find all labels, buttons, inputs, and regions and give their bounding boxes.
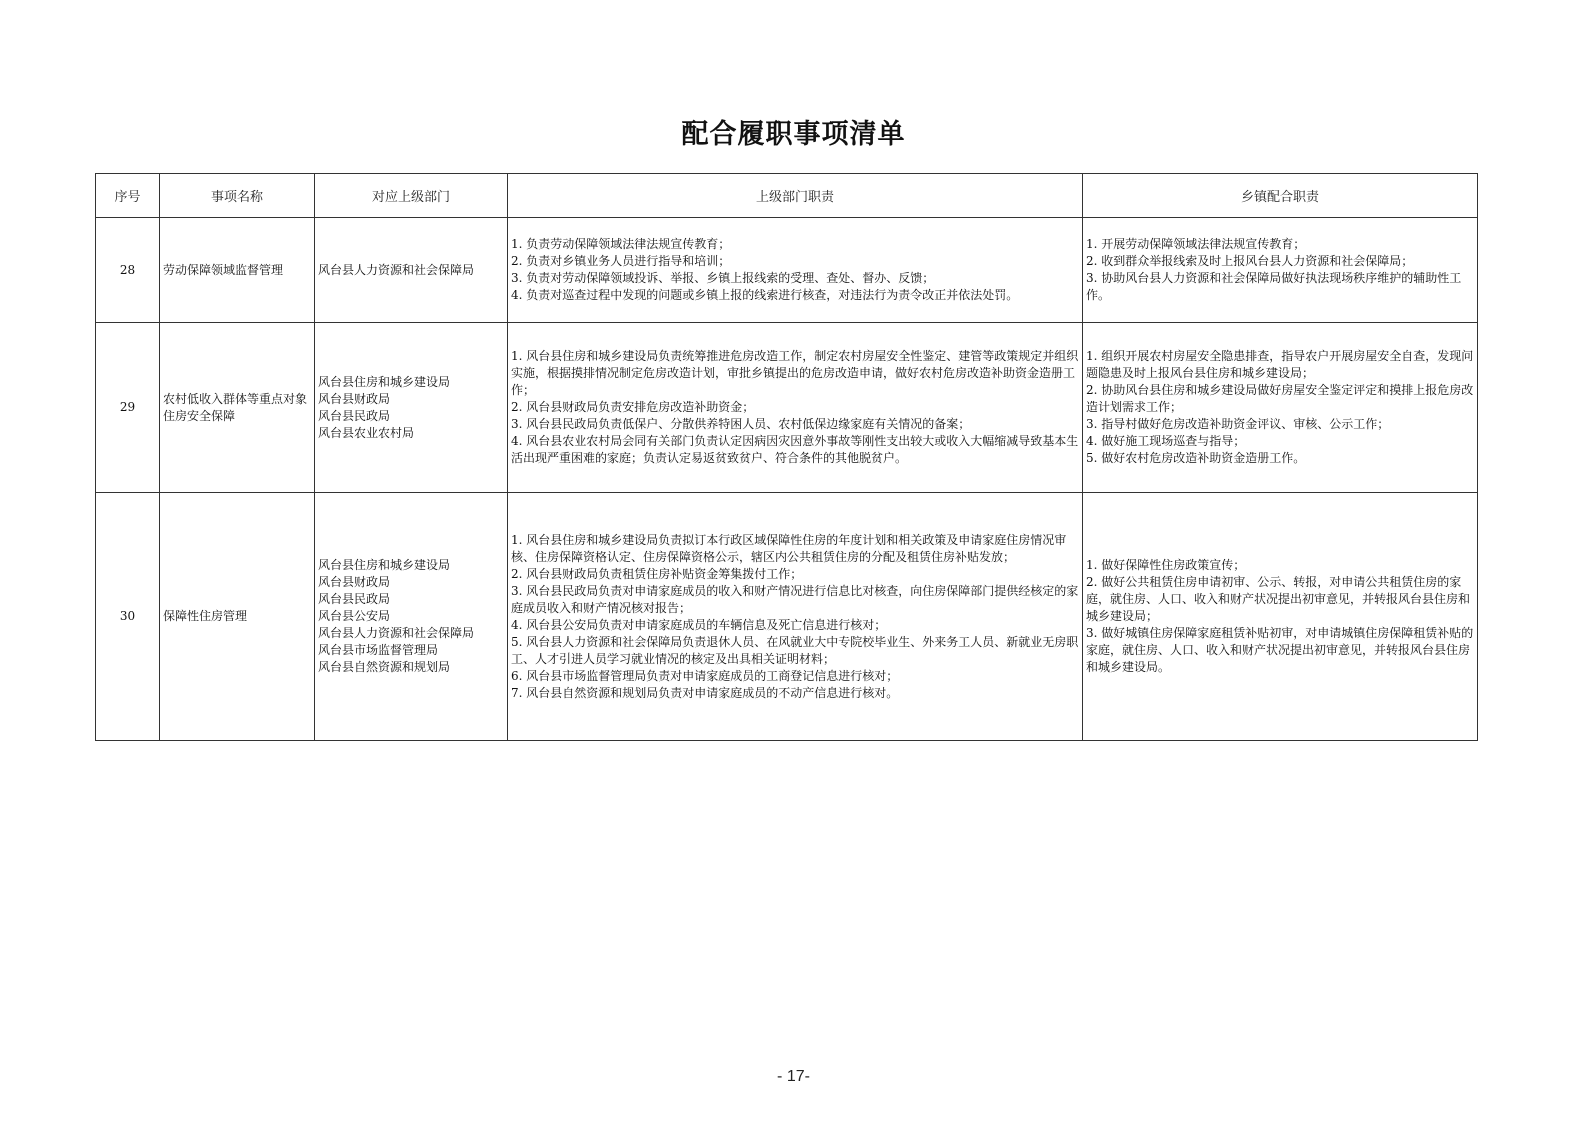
superior-duty-cell: 1. 负责劳动保障领域法律法规宣传教育； 2. 负责对乡镇业务人员进行指导和培训… [508,218,1083,323]
item-name-cell: 农村低收入群体等重点对象住房安全保障 [160,323,315,493]
departments-cell: 风台县住房和城乡建设局 风台县财政局 风台县民政局 风台县农业农村局 [315,323,508,493]
row-no: 29 [96,399,159,416]
duty-line: 3. 风台县民政局负责低保户、分散供养特困人员、农村低保边缘家庭有关情况的备案； [511,416,1079,433]
duty-line: 2. 协助风台县住房和城乡建设局做好房屋安全鉴定评定和摸排上报危房改造计划需求工… [1086,382,1474,416]
departments-cell: 风台县人力资源和社会保障局 [315,218,508,323]
page-number: - 17- [0,1068,1587,1086]
department: 风台县财政局 [318,391,504,408]
duty-table: 序号 事项名称 对应上级部门 上级部门职责 乡镇配合职责 28 劳动保障领域监督… [95,173,1478,741]
row-no-cell: 30 [96,493,160,741]
superior-duty-cell: 1. 风台县住房和城乡建设局负责统筹推进危房改造工作，制定农村房屋安全性鉴定、建… [508,323,1083,493]
township-duty-cell: 1. 做好保障性住房政策宣传； 2. 做好公共租赁住房申请初审、公示、转报，对申… [1083,493,1478,741]
department: 风台县自然资源和规划局 [318,659,504,676]
department: 风台县民政局 [318,591,504,608]
duty-line: 3. 做好城镇住房保障家庭租赁补贴初审，对申请城镇住房保障租赁补贴的家庭，就住房… [1086,625,1474,676]
department: 风台县住房和城乡建设局 [318,374,504,391]
table-row: 30 保障性住房管理 风台县住房和城乡建设局 风台县财政局 风台县民政局 风台县… [96,493,1478,741]
department: 风台县住房和城乡建设局 [318,557,504,574]
duty-line: 6. 风台县市场监督管理局负责对申请家庭成员的工商登记信息进行核对； [511,668,1079,685]
duty-line: 2. 风台县财政局负责租赁住房补贴资金筹集拨付工作； [511,566,1079,583]
header-superior-duty: 上级部门职责 [508,174,1083,218]
duty-line: 2. 做好公共租赁住房申请初审、公示、转报，对申请公共租赁住房的家庭，就住房、人… [1086,574,1474,625]
duty-line: 1. 风台县住房和城乡建设局负责拟订本行政区域保障性住房的年度计划和相关政策及申… [511,532,1079,566]
duty-line: 4. 风台县公安局负责对申请家庭成员的车辆信息及死亡信息进行核对； [511,617,1079,634]
row-no-cell: 29 [96,323,160,493]
department: 风台县人力资源和社会保障局 [318,262,504,279]
township-duty-cell: 1. 组织开展农村房屋安全隐患排查，指导农户开展房屋安全自查，发现问题隐患及时上… [1083,323,1478,493]
duty-line: 1. 开展劳动保障领域法律法规宣传教育； [1086,236,1474,253]
item-name-cell: 保障性住房管理 [160,493,315,741]
row-no: 28 [96,262,159,279]
header-township-duty: 乡镇配合职责 [1083,174,1478,218]
department: 风台县公安局 [318,608,504,625]
document-title: 配合履职事项清单 [0,112,1587,151]
item-name-cell: 劳动保障领域监督管理 [160,218,315,323]
table-header-row: 序号 事项名称 对应上级部门 上级部门职责 乡镇配合职责 [96,174,1478,218]
township-duty-cell: 1. 开展劳动保障领域法律法规宣传教育； 2. 收到群众举报线索及时上报风台县人… [1083,218,1478,323]
duty-line: 1. 负责劳动保障领域法律法规宣传教育； [511,236,1079,253]
department: 风台县市场监督管理局 [318,642,504,659]
department: 风台县农业农村局 [318,425,504,442]
departments-cell: 风台县住房和城乡建设局 风台县财政局 风台县民政局 风台县公安局 风台县人力资源… [315,493,508,741]
duty-line: 3. 负责对劳动保障领域投诉、举报、乡镇上报线索的受理、查处、督办、反馈； [511,270,1079,287]
table-row: 28 劳动保障领域监督管理 风台县人力资源和社会保障局 1. 负责劳动保障领域法… [96,218,1478,323]
department: 风台县财政局 [318,574,504,591]
header-no: 序号 [96,174,160,218]
duty-line: 4. 负责对巡查过程中发现的问题或乡镇上报的线索进行核查，对违法行为责令改正并依… [511,287,1079,304]
item-name: 农村低收入群体等重点对象住房安全保障 [160,391,314,425]
duty-line: 3. 协助风台县人力资源和社会保障局做好执法现场秩序维护的辅助性工作。 [1086,270,1474,304]
duty-line: 7. 风台县自然资源和规划局负责对申请家庭成员的不动产信息进行核对。 [511,685,1079,702]
item-name: 劳动保障领域监督管理 [160,262,314,279]
duty-line: 4. 风台县农业农村局会同有关部门负责认定因病因灾因意外事故等刚性支出较大或收入… [511,433,1079,467]
duty-line: 3. 指导村做好危房改造补助资金评议、审核、公示工作； [1086,416,1474,433]
duty-line: 4. 做好施工现场巡查与指导； [1086,433,1474,450]
duty-line: 2. 风台县财政局负责安排危房改造补助资金； [511,399,1079,416]
superior-duty-cell: 1. 风台县住房和城乡建设局负责拟订本行政区域保障性住房的年度计划和相关政策及申… [508,493,1083,741]
duty-line: 5. 做好农村危房改造补助资金造册工作。 [1086,450,1474,467]
table-row: 29 农村低收入群体等重点对象住房安全保障 风台县住房和城乡建设局 风台县财政局… [96,323,1478,493]
duty-line: 1. 组织开展农村房屋安全隐患排查，指导农户开展房屋安全自查，发现问题隐患及时上… [1086,348,1474,382]
duty-line: 1. 风台县住房和城乡建设局负责统筹推进危房改造工作，制定农村房屋安全性鉴定、建… [511,348,1079,399]
duty-line: 3. 风台县民政局负责对申请家庭成员的收入和财产情况进行信息比对核查，向住房保障… [511,583,1079,617]
header-item-name: 事项名称 [160,174,315,218]
row-no-cell: 28 [96,218,160,323]
header-superior-dept: 对应上级部门 [315,174,508,218]
department: 风台县民政局 [318,408,504,425]
duty-line: 5. 风台县人力资源和社会保障局负责退休人员、在风就业大中专院校毕业生、外来务工… [511,634,1079,668]
department: 风台县人力资源和社会保障局 [318,625,504,642]
duty-line: 2. 负责对乡镇业务人员进行指导和培训； [511,253,1079,270]
item-name: 保障性住房管理 [160,608,314,625]
duty-line: 1. 做好保障性住房政策宣传； [1086,557,1474,574]
duty-line: 2. 收到群众举报线索及时上报风台县人力资源和社会保障局； [1086,253,1474,270]
row-no: 30 [96,608,159,625]
